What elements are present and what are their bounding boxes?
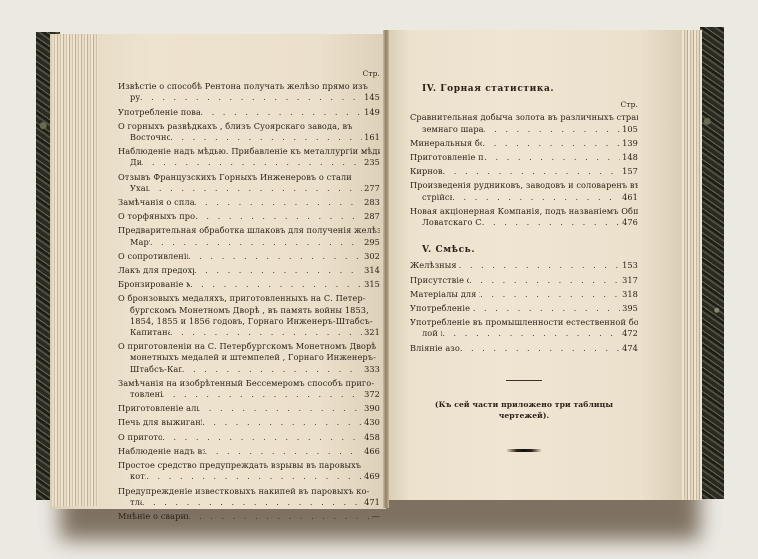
- page-edges-left: [52, 34, 98, 506]
- dot-leader: [146, 471, 362, 482]
- toc-entry: О сопротивленіи переплавленнаго чугуна30…: [118, 251, 380, 262]
- dot-leader: [460, 343, 620, 354]
- toc-entry-title: Печь для выжиганія кокса, братьевъ Аппол…: [118, 417, 202, 428]
- toc-entry-line: Наблюденіе надъ взрывами въ каменноуголь…: [118, 446, 380, 457]
- toc-page-number: 139: [620, 138, 638, 149]
- toc-page-number: 333: [362, 364, 380, 375]
- toc-entry-line: Ухаціуса277: [118, 183, 380, 194]
- toc-entry-line: Дика235: [118, 157, 380, 168]
- toc-page-number: 145: [362, 92, 380, 103]
- toc-entry-line: Извѣстіе о способѣ Рентона получать желѣ…: [118, 81, 380, 92]
- toc-entry-title: Замѣчанія о сплавахъ алюминія; К. и А. Т…: [118, 197, 194, 208]
- toc-entry-line: товленія желѣза372: [118, 389, 380, 400]
- dot-leader: [198, 403, 362, 414]
- toc-entry-line: лой извести472: [410, 328, 638, 339]
- toc-entry-line: О торфяныхъ продуктахъ Шаллетона; Рюльма…: [118, 211, 380, 222]
- section-title: IV. Горная статистика.: [422, 84, 638, 95]
- toc-page-number: 295: [362, 237, 380, 248]
- toc-entry-line: О приготовленіи торфа458: [118, 432, 380, 443]
- toc-entry-line: Восточной Финляндіи161: [118, 132, 380, 143]
- toc-entry-line: Печь для выжиганія кокса, братьевъ Аппол…: [118, 417, 380, 428]
- toc-entry: Кирновскій камень157: [410, 166, 638, 177]
- toc-entry-line: Мартьена295: [118, 237, 380, 248]
- toc-entry: Приготовленіе полосоваго желѣза и рельсо…: [410, 152, 638, 163]
- toc-entry-line: Замѣчанія о сплавахъ алюминія; К. и А. Т…: [118, 197, 380, 208]
- toc-entry: Приготовленіе алюминія въ большомъ видѣ,…: [118, 403, 380, 414]
- toc-entry: Бронзированіе мѣди, темное бронзированіе…: [118, 279, 380, 290]
- toc-page-number: 277: [362, 183, 380, 194]
- toc-entry-title: Штабсъ-Капитана Бѣлозерова: [130, 364, 182, 375]
- toc-entry-title: Наблюденіе надъ взрывами въ каменноуголь…: [118, 446, 205, 457]
- dot-leader: [205, 446, 362, 457]
- toc-entry-line: земнаго шара, въ теченіе нынѣшняго столѣ…: [410, 124, 638, 135]
- toc-entry-title: Отзывъ Французскихъ Горныхъ Инженеровъ о…: [118, 172, 352, 183]
- dot-leader: [202, 417, 362, 428]
- toc-entry-title: товленія желѣза: [130, 389, 162, 400]
- toc-entry-title: Ухаціуса: [130, 183, 148, 194]
- toc-page-number: 287: [362, 211, 380, 222]
- toc-entry-line: Матеріалы для исторіи Горнаго Промысла в…: [410, 289, 638, 300]
- toc-entry: Наблюденіе надъ мѣдью. Прибавленіе къ ме…: [118, 146, 380, 168]
- toc-entry-title: бургскомъ Монетномъ Дворѣ , въ память во…: [130, 305, 369, 316]
- toc-entry-line: Ловатскаго Старорусскаго желѣзнаго завод…: [410, 217, 638, 228]
- toc-entry: Матеріалы для исторіи Горнаго Промысла в…: [410, 289, 638, 300]
- toc-entry-line: Употребленіе въ промышленности естествен…: [410, 317, 638, 328]
- dot-leader: [484, 152, 620, 163]
- toc-entry: О приготовленіи на С. Петербургскомъ Мон…: [118, 341, 380, 375]
- toc-entry-title: Бронзированіе мѣди, темное бронзированіе: [118, 279, 190, 290]
- toc-entry-title: лой извести: [422, 328, 442, 339]
- toc-entry-line: Мнѣніе о свариваемости стали, Виссока—: [118, 511, 380, 522]
- toc-entry-title: Предупрежденіе известковыхъ накипей въ п…: [118, 486, 369, 497]
- toc-entry: Вліяніе азота на растительность474: [410, 343, 638, 354]
- toc-entry-title: Желѣзныя мачты для кораблей: [410, 260, 459, 271]
- toc-page-number: 321: [362, 327, 380, 338]
- toc-entry-title: Минеральныя богатства Виртембергскаго ко…: [410, 138, 482, 149]
- dot-leader: [482, 138, 620, 149]
- toc-entry-line: Вліяніе азота на растительность474: [410, 343, 638, 354]
- toc-page-number: 315: [362, 279, 380, 290]
- toc-entry-title: тлахъ: [130, 497, 142, 508]
- toc-page-number: 372: [362, 389, 380, 400]
- toc-page-number: 471: [362, 497, 380, 508]
- toc-entry: О бронзовыхъ медаляхъ, приготовленныхъ н…: [118, 293, 380, 338]
- toc-entry-title: Употребленіе алюминія въ настоящее время: [410, 303, 473, 314]
- toc-page-number: 153: [620, 260, 638, 271]
- toc-page-number: 318: [620, 289, 638, 300]
- toc-entry-line: стрійской Имперіи461: [410, 192, 638, 203]
- dot-leader: [190, 279, 362, 290]
- page-column-label: Стр.: [118, 68, 380, 79]
- toc-entry-title: Кирновскій камень: [410, 166, 443, 177]
- dot-leader: [442, 328, 620, 339]
- toc-page-number: —: [370, 511, 380, 522]
- toc-page-number: 149: [362, 107, 380, 118]
- end-ornament-icon: [506, 449, 542, 452]
- toc-entry-title: Лакъ для предохраненія желѣза отъ ржавчи…: [118, 265, 194, 276]
- toc-entry-line: Замѣчанія на изобрѣтенный Бессемеромъ сп…: [118, 378, 380, 389]
- page-column-label: Стр.: [410, 99, 638, 110]
- toc-entry-title: Присутствіе фтора въ крови, М. Никлеса: [410, 275, 469, 286]
- toc-entry-title: Произведенія рудниковъ, заводовъ и солов…: [410, 180, 638, 191]
- toc-entry-title: стрійской Имперіи: [422, 192, 452, 203]
- toc-page-number: 395: [620, 303, 638, 314]
- toc-entry-line: Штабсъ-Капитана Бѣлозерова333: [118, 364, 380, 375]
- dot-leader: [469, 275, 620, 286]
- toc-entry-line: Лакъ для предохраненія желѣза отъ ржавчи…: [118, 265, 380, 276]
- toc-entry-line: монетныхъ медалей и штемпелей , Горнаго …: [118, 352, 380, 363]
- appendix-note: (Къ сей части приложено три таблицы черт…: [410, 399, 638, 421]
- toc-entry-line: Простое средство предупреждать взрывы въ…: [118, 460, 380, 471]
- toc-entry-title: Матеріалы для исторіи Горнаго Промысла в…: [410, 289, 480, 300]
- toc-entry-title: рудъ: [130, 92, 140, 103]
- toc-entry-title: Употребленіе поваренной соли при доменно…: [118, 107, 200, 118]
- toc-entry-line: бургскомъ Монетномъ Дворѣ , въ память во…: [118, 305, 380, 316]
- toc-entry-title: Новая акціонерная Компанія, подъ названі…: [410, 206, 638, 217]
- toc-entry: Употребленіе алюминія въ настоящее время…: [410, 303, 638, 314]
- toc-entry-line: Желѣзныя мачты для кораблей153: [410, 260, 638, 271]
- toc-entry-title: Капитана Бѣлозерова: [130, 327, 170, 338]
- dot-leader: [140, 92, 362, 103]
- toc-entry-line: Предварительная обработка шлаковъ для по…: [118, 225, 380, 236]
- page-edges-right: [682, 30, 702, 500]
- toc-entry: Желѣзныя мачты для кораблей153: [410, 260, 638, 271]
- toc-entry: Мнѣніе о свариваемости стали, Виссока—: [118, 511, 380, 522]
- toc-entry-line: Сравнительная добыча золота въ различных…: [410, 112, 638, 123]
- toc-entry-line: Присутствіе фтора въ крови, М. Никлеса31…: [410, 275, 638, 286]
- toc-entry: Лакъ для предохраненія желѣза отъ ржавчи…: [118, 265, 380, 276]
- toc-entry-title: Восточной Финляндіи: [130, 132, 170, 143]
- toc-entry-line: Капитана Бѣлозерова321: [118, 327, 380, 338]
- toc-entry-line: Употребленіе поваренной соли при доменно…: [118, 107, 380, 118]
- toc-entry: О горныхъ развѣдкахъ , близъ Суоярскаго …: [118, 121, 380, 143]
- toc-entry-line: О горныхъ развѣдкахъ , близъ Суоярскаго …: [118, 121, 380, 132]
- toc-entry: Замѣчанія о сплавахъ алюминія; К. и А. Т…: [118, 197, 380, 208]
- toc-entry-title: Простое средство предупреждать взрывы въ…: [118, 460, 361, 471]
- toc-entry-line: Минеральныя богатства Виртембергскаго ко…: [410, 138, 638, 149]
- dot-leader: [459, 260, 620, 271]
- toc-entry: Простое средство предупреждать взрывы въ…: [118, 460, 380, 482]
- toc-entry-line: Наблюденіе надъ мѣдью. Прибавленіе къ ме…: [118, 146, 380, 157]
- toc-entry-title: Приготовленіе полосоваго желѣза и рельсо…: [410, 152, 484, 163]
- toc-entry-title: земнаго шара, въ теченіе нынѣшняго столѣ…: [422, 124, 483, 135]
- toc-page-number: 283: [362, 197, 380, 208]
- dot-leader: [483, 124, 620, 135]
- dot-leader: [148, 183, 362, 194]
- toc-entry: Замѣчанія на изобрѣтенный Бессемеромъ сп…: [118, 378, 380, 400]
- toc-page-number: 302: [362, 251, 380, 262]
- toc-entry-title: О приготовленіи на С. Петербургскомъ Мон…: [118, 341, 376, 352]
- toc-page-number: 466: [362, 446, 380, 457]
- toc-page-number: 148: [620, 152, 638, 163]
- right-page-toc: IV. Горная статистика.Стр.Сравнительная …: [410, 84, 638, 452]
- toc-entry-title: О бронзовыхъ медаляхъ, приготовленныхъ н…: [118, 293, 366, 304]
- toc-entry: О приготовленіи торфа458: [118, 432, 380, 443]
- toc-entry-title: О торфяныхъ продуктахъ Шаллетона; Рюльма…: [118, 211, 195, 222]
- section-title: V. Смѣсь.: [422, 245, 638, 256]
- dot-leader: [473, 303, 620, 314]
- dot-leader: [188, 251, 362, 262]
- toc-entry-line: Новая акціонерная Компанія, подъ названі…: [410, 206, 638, 217]
- book-cover-right: [700, 27, 724, 499]
- dot-leader: [188, 511, 370, 522]
- toc-entry: Новая акціонерная Компанія, подъ названі…: [410, 206, 638, 228]
- toc-page-number: 458: [362, 432, 380, 443]
- toc-entry-title: Предварительная обработка шлаковъ для по…: [118, 225, 380, 236]
- toc-entry: Предупрежденіе известковыхъ накипей въ п…: [118, 486, 380, 508]
- toc-entry-title: Ловатскаго Старорусскаго желѣзнаго завод…: [422, 217, 482, 228]
- toc-entry-title: О горныхъ развѣдкахъ , близъ Суоярскаго …: [118, 121, 353, 132]
- book-gutter: [383, 30, 389, 508]
- toc-entry-title: Дика: [130, 157, 141, 168]
- toc-entry-line: Бронзированіе мѣди, темное бронзированіе…: [118, 279, 380, 290]
- toc-page-number: 430: [362, 417, 380, 428]
- toc-entry: О торфяныхъ продуктахъ Шаллетона; Рюльма…: [118, 211, 380, 222]
- toc-entry: Отзывъ Французскихъ Горныхъ Инженеровъ о…: [118, 172, 380, 194]
- toc-entry-line: Произведенія рудниковъ, заводовъ и солов…: [410, 180, 638, 191]
- toc-entry-title: монетныхъ медалей и штемпелей , Горнаго …: [130, 352, 376, 363]
- toc-entry: Минеральныя богатства Виртембергскаго ко…: [410, 138, 638, 149]
- toc-entry-line: 1854, 1855 и 1856 годовъ, Горнаго Инжене…: [118, 316, 380, 327]
- dot-leader: [182, 364, 362, 375]
- left-page-toc: Стр. Извѣстіе о способѣ Рентона получать…: [118, 68, 380, 525]
- toc-entry-line: О приготовленіи на С. Петербургскомъ Мон…: [118, 341, 380, 352]
- toc-entry-title: Употребленіе въ промышленности естествен…: [410, 317, 638, 328]
- toc-entry-line: Кирновскій камень157: [410, 166, 638, 177]
- dot-leader: [150, 237, 362, 248]
- toc-entry-title: Наблюденіе надъ мѣдью. Прибавленіе къ ме…: [118, 146, 380, 157]
- toc-entry-line: Предупрежденіе известковыхъ накипей въ п…: [118, 486, 380, 497]
- toc-page-number: 472: [620, 328, 638, 339]
- toc-entry-title: О сопротивленіи переплавленнаго чугуна: [118, 251, 188, 262]
- dot-leader: [194, 265, 362, 276]
- toc-entry-title: Вліяніе азота на растительность: [410, 343, 460, 354]
- toc-entry: Сравнительная добыча золота въ различных…: [410, 112, 638, 134]
- dot-leader: [142, 497, 362, 508]
- toc-page-number: 161: [362, 132, 380, 143]
- dot-leader: [480, 289, 620, 300]
- toc-entry-title: Мнѣніе о свариваемости стали, Виссока: [118, 511, 188, 522]
- toc-entry-line: котлахъ469: [118, 471, 380, 482]
- dot-leader: [443, 166, 621, 177]
- dot-leader: [162, 432, 362, 443]
- toc-entry-line: тлахъ471: [118, 497, 380, 508]
- toc-page-number: 390: [362, 403, 380, 414]
- toc-entry: Употребленіе въ промышленности естествен…: [410, 317, 638, 339]
- toc-page-number: 235: [362, 157, 380, 168]
- section-spacer: [410, 231, 638, 245]
- dot-leader: [170, 327, 362, 338]
- dot-leader: [194, 197, 362, 208]
- toc-page-number: 105: [620, 124, 638, 135]
- toc-entry-title: Сравнительная добыча золота въ различных…: [410, 112, 638, 123]
- toc-entry: Присутствіе фтора въ крови, М. Никлеса31…: [410, 275, 638, 286]
- toc-page-number: 461: [620, 192, 638, 203]
- toc-entry: Печь для выжиганія кокса, братьевъ Аппол…: [118, 417, 380, 428]
- toc-entry-title: 1854, 1855 и 1856 годовъ, Горнаго Инжене…: [130, 316, 373, 327]
- toc-page-number: 157: [620, 166, 638, 177]
- toc-entry-title: Приготовленіе алюминія въ большомъ видѣ,…: [118, 403, 198, 414]
- toc-entry-title: О приготовленіи торфа: [118, 432, 162, 443]
- dot-leader: [200, 107, 362, 118]
- toc-entry: Извѣстіе о способѣ Рентона получать желѣ…: [118, 81, 380, 103]
- toc-entry-line: Отзывъ Французскихъ Горныхъ Инженеровъ о…: [118, 172, 380, 183]
- dot-leader: [162, 389, 362, 400]
- toc-entry: Наблюденіе надъ взрывами въ каменноуголь…: [118, 446, 380, 457]
- dot-leader: [170, 132, 362, 143]
- toc-entry-line: О сопротивленіи переплавленнаго чугуна30…: [118, 251, 380, 262]
- dot-leader: [141, 157, 362, 168]
- horizontal-rule: [506, 380, 542, 381]
- dot-leader: [452, 192, 620, 203]
- toc-page-number: 469: [362, 471, 380, 482]
- toc-page-number: 317: [620, 275, 638, 286]
- toc-entry-line: Приготовленіе алюминія въ большомъ видѣ,…: [118, 403, 380, 414]
- toc-entry-title: Мартьена: [130, 237, 150, 248]
- toc-entry: Употребленіе поваренной соли при доменно…: [118, 107, 380, 118]
- dot-leader: [195, 211, 362, 222]
- toc-entry-line: О бронзовыхъ медаляхъ, приготовленныхъ н…: [118, 293, 380, 304]
- toc-entry-line: рудъ145: [118, 92, 380, 103]
- dot-leader: [482, 217, 620, 228]
- toc-entry-title: Замѣчанія на изобрѣтенный Бессемеромъ сп…: [118, 378, 374, 389]
- toc-entry-line: Употребленіе алюминія въ настоящее время…: [410, 303, 638, 314]
- toc-entry-line: Приготовленіе полосоваго желѣза и рельсо…: [410, 152, 638, 163]
- toc-page-number: 476: [620, 217, 638, 228]
- toc-entry: Предварительная обработка шлаковъ для по…: [118, 225, 380, 247]
- toc-entry-title: котлахъ: [130, 471, 146, 482]
- toc-page-number: 314: [362, 265, 380, 276]
- toc-page-number: 474: [620, 343, 638, 354]
- toc-entry-title: Извѣстіе о способѣ Рентона получать желѣ…: [118, 81, 368, 92]
- toc-entry: Произведенія рудниковъ, заводовъ и солов…: [410, 180, 638, 202]
